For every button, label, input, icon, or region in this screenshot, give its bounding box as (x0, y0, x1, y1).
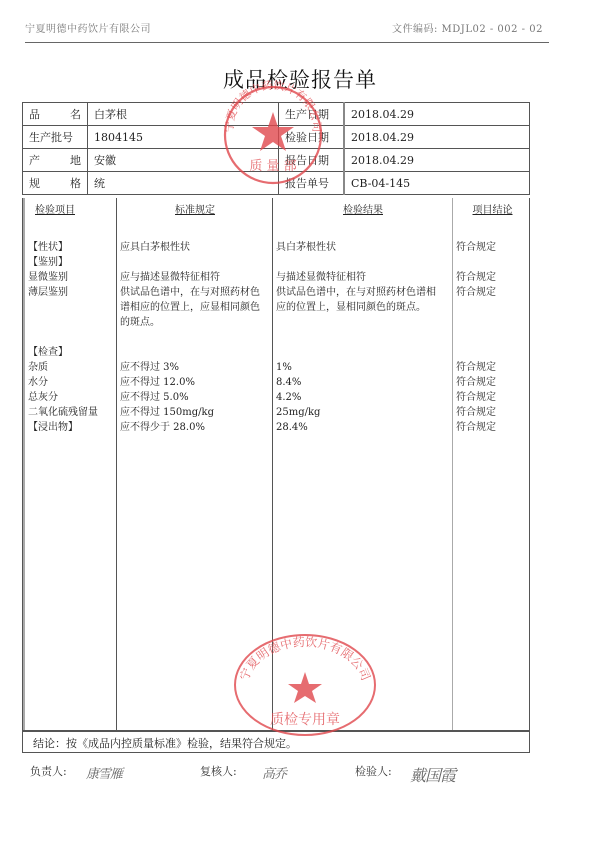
info-value: CB-04-145 (344, 172, 530, 195)
table-line: 具白茅根性状 (276, 240, 453, 255)
responsible-label: 负责人: (30, 763, 67, 779)
table-line: 与描述显微特征相符 (276, 270, 453, 285)
responsible-signature: 康雪雁 (86, 763, 122, 782)
table-line (276, 255, 453, 270)
conclusion-lines: 符合规定符合规定符合规定符合规定符合规定符合规定符合规定符合规定 (453, 225, 532, 435)
table-line: 符合规定 (456, 375, 532, 390)
info-label: 生产批号 (23, 126, 88, 149)
reviewer-signature: 高乔 (262, 763, 286, 782)
table-line (28, 300, 118, 315)
table-line (28, 330, 118, 345)
table-line: 应不得过 3% (120, 360, 273, 375)
table-line (120, 330, 273, 345)
document-number: 文件编码: MDJL02 - 002 - 02 (392, 20, 543, 35)
table-line (120, 225, 273, 240)
table-line: 总灰分 (28, 390, 118, 405)
info-value: 2018.04.29 (344, 126, 530, 149)
table-line (456, 330, 532, 345)
column-header-item: 检验项目 (25, 201, 118, 225)
table-line: 显微鉴别 (28, 270, 118, 285)
info-label: 报告日期 (279, 149, 345, 172)
table-line: 符合规定 (456, 360, 532, 375)
table-line (120, 345, 273, 360)
table-line: 水分 (28, 375, 118, 390)
table-line: 【性状】 (28, 240, 118, 255)
page-title: 成品检验报告单 (0, 64, 600, 94)
info-label: 产 地 (23, 149, 88, 172)
header-divider (25, 42, 549, 43)
table-line: 符合规定 (456, 405, 532, 420)
table-line: 谱相应的位置上，应显相同颜色 (120, 300, 273, 315)
table-line: 【检查】 (28, 345, 118, 360)
info-label: 报告单号 (279, 172, 345, 195)
info-row: 生产批号 1804145 检验日期 2018.04.29 (23, 126, 530, 149)
table-line: 【浸出物】 (28, 420, 118, 435)
table-line (456, 225, 532, 240)
info-label: 生产日期 (279, 103, 345, 126)
column-standard: 标准规定 应具白茅根性状应与描述显微特征相符供试品色谱中，在与对照药材色谱相应的… (116, 198, 273, 730)
table-line: 应与描述显微特征相符 (120, 270, 273, 285)
info-row: 产 地 安徽 报告日期 2018.04.29 (23, 149, 530, 172)
reviewer-label: 复核人: (200, 763, 237, 779)
column-header-conclusion: 项目结论 (453, 201, 532, 225)
info-value: 1804145 (88, 126, 279, 149)
table-line: 杂质 (28, 360, 118, 375)
column-conclusion: 项目结论 符合规定符合规定符合规定符合规定符合规定符合规定符合规定符合规定 (452, 198, 532, 730)
table-line (456, 315, 532, 330)
info-label: 检验日期 (279, 126, 345, 149)
table-line (276, 315, 453, 330)
company-name: 宁夏明德中药饮片有限公司 (25, 20, 151, 35)
table-line (456, 255, 532, 270)
table-line: 1% (276, 360, 453, 375)
table-line: 4.2% (276, 390, 453, 405)
table-line (276, 345, 453, 360)
table-line: 供试品色谱中，在与对照药材色 (120, 285, 273, 300)
table-line: 供试品色谱中，在与对照药材色谱相 (276, 285, 453, 300)
table-line (456, 300, 532, 315)
info-row: 规 格 统 报告单号 CB-04-145 (23, 172, 530, 195)
info-value: 白茅根 (88, 103, 279, 126)
info-value: 2018.04.29 (344, 103, 530, 126)
item-lines: 【性状】【鉴别】显微鉴别薄层鉴别【检查】杂质水分总灰分二氧化硫残留量【浸出物】 (25, 225, 118, 435)
info-label: 规 格 (23, 172, 88, 195)
info-value: 统 (88, 172, 279, 195)
inspector-signature: 戴国霞 (410, 763, 455, 786)
table-line: 应不得过 5.0% (120, 390, 273, 405)
info-value: 2018.04.29 (344, 149, 530, 172)
column-header-result: 检验结果 (273, 201, 453, 225)
table-line: 符合规定 (456, 240, 532, 255)
column-result: 检验结果 具白茅根性状与描述显微特征相符供试品色谱中，在与对照药材色谱相应的位置… (272, 198, 453, 730)
final-conclusion: 结论：按《成品内控质量标准》检验，结果符合规定。 (22, 731, 530, 753)
column-header-standard: 标准规定 (117, 201, 273, 225)
standard-lines: 应具白茅根性状应与描述显微特征相符供试品色谱中，在与对照药材色谱相应的位置上，应… (117, 225, 273, 435)
info-label: 品 名 (23, 103, 88, 126)
test-results-table: 检验项目 【性状】【鉴别】显微鉴别薄层鉴别【检查】杂质水分总灰分二氧化硫残留量【… (22, 198, 530, 731)
table-line: 【鉴别】 (28, 255, 118, 270)
table-line (28, 315, 118, 330)
table-line: 符合规定 (456, 270, 532, 285)
table-line: 28.4% (276, 420, 453, 435)
table-line (276, 330, 453, 345)
table-line: 符合规定 (456, 285, 532, 300)
table-line: 25mg/kg (276, 405, 453, 420)
table-line: 薄层鉴别 (28, 285, 118, 300)
product-info-table: 品 名 白茅根 生产日期 2018.04.29 生产批号 1804145 检验日… (22, 102, 530, 195)
table-line (276, 225, 453, 240)
table-line (456, 345, 532, 360)
table-line: 应的位置上，显相同颜色的斑点。 (276, 300, 453, 315)
table-line: 应不得过 12.0% (120, 375, 273, 390)
table-line: 应不得少于 28.0% (120, 420, 273, 435)
table-line: 二氧化硫残留量 (28, 405, 118, 420)
info-value: 安徽 (88, 149, 279, 172)
table-line (28, 225, 118, 240)
result-lines: 具白茅根性状与描述显微特征相符供试品色谱中，在与对照药材色谱相应的位置上，显相同… (273, 225, 453, 435)
table-line: 应不得过 150mg/kg (120, 405, 273, 420)
table-line: 符合规定 (456, 420, 532, 435)
table-line: 的斑点。 (120, 315, 273, 330)
table-line: 符合规定 (456, 390, 532, 405)
table-line (120, 255, 273, 270)
info-row: 品 名 白茅根 生产日期 2018.04.29 (23, 103, 530, 126)
table-line: 应具白茅根性状 (120, 240, 273, 255)
column-test-item: 检验项目 【性状】【鉴别】显微鉴别薄层鉴别【检查】杂质水分总灰分二氧化硫残留量【… (23, 198, 118, 730)
inspector-label: 检验人: (355, 763, 392, 779)
table-line: 8.4% (276, 375, 453, 390)
